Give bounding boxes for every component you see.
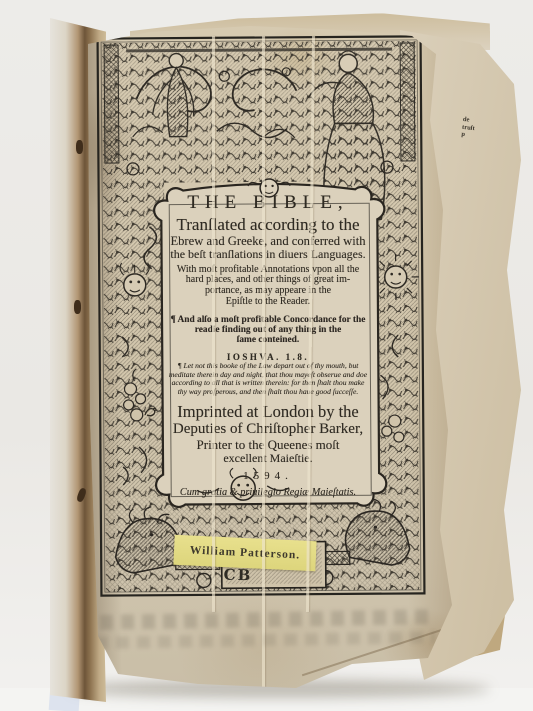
subtitle-line: Ebrew and Greeke, and conferred with [158, 234, 378, 248]
imprint-line: Imprinted at London by the [158, 403, 378, 421]
imprint-line: Printer to the Queenes moſt [158, 438, 378, 453]
privilege-line: Cum gratia & priuilegio Regiæ Maieſtatis… [158, 487, 378, 499]
subtitle-line: Tranſlated according to the [158, 215, 378, 234]
show-through-text [100, 609, 430, 630]
page-crease [212, 36, 215, 612]
page-crease [262, 36, 265, 691]
torn-text-fragment: de truſt p [461, 116, 505, 143]
imprint-year: 1594. [158, 470, 378, 482]
subtitle-line: the beſt tranſlations in diuers Language… [158, 248, 378, 261]
concordance-line: ¶ And alſo a moſt profitable Concordance… [158, 315, 378, 325]
concordance-line: readie finding out of any thing in the [158, 325, 378, 335]
antique-bible-photo: THE BIBLE, Tranſlated according to the E… [0, 0, 533, 711]
spine-knot [74, 300, 81, 314]
title-text-block: THE BIBLE, Tranſlated according to the E… [158, 192, 378, 499]
ownership-label-text: William Patterson. [190, 545, 301, 562]
verse-line: thy way proſperous, and then ſhalt thou … [158, 388, 378, 397]
show-through-text [95, 631, 435, 649]
ownership-label: William Patterson. [173, 535, 316, 571]
printer-leaf-ornament [144, 406, 157, 418]
annotation-line: Epiſtle to the Reader. [158, 297, 378, 308]
imprint-line: Deputies of Chriſtopher Barker, [158, 421, 378, 438]
concordance-line: ſame conteined. [158, 335, 378, 345]
spine-knot [76, 140, 83, 154]
main-title: THE BIBLE, [158, 192, 378, 213]
imprint-line: excellent Maieſtie. [158, 452, 378, 465]
